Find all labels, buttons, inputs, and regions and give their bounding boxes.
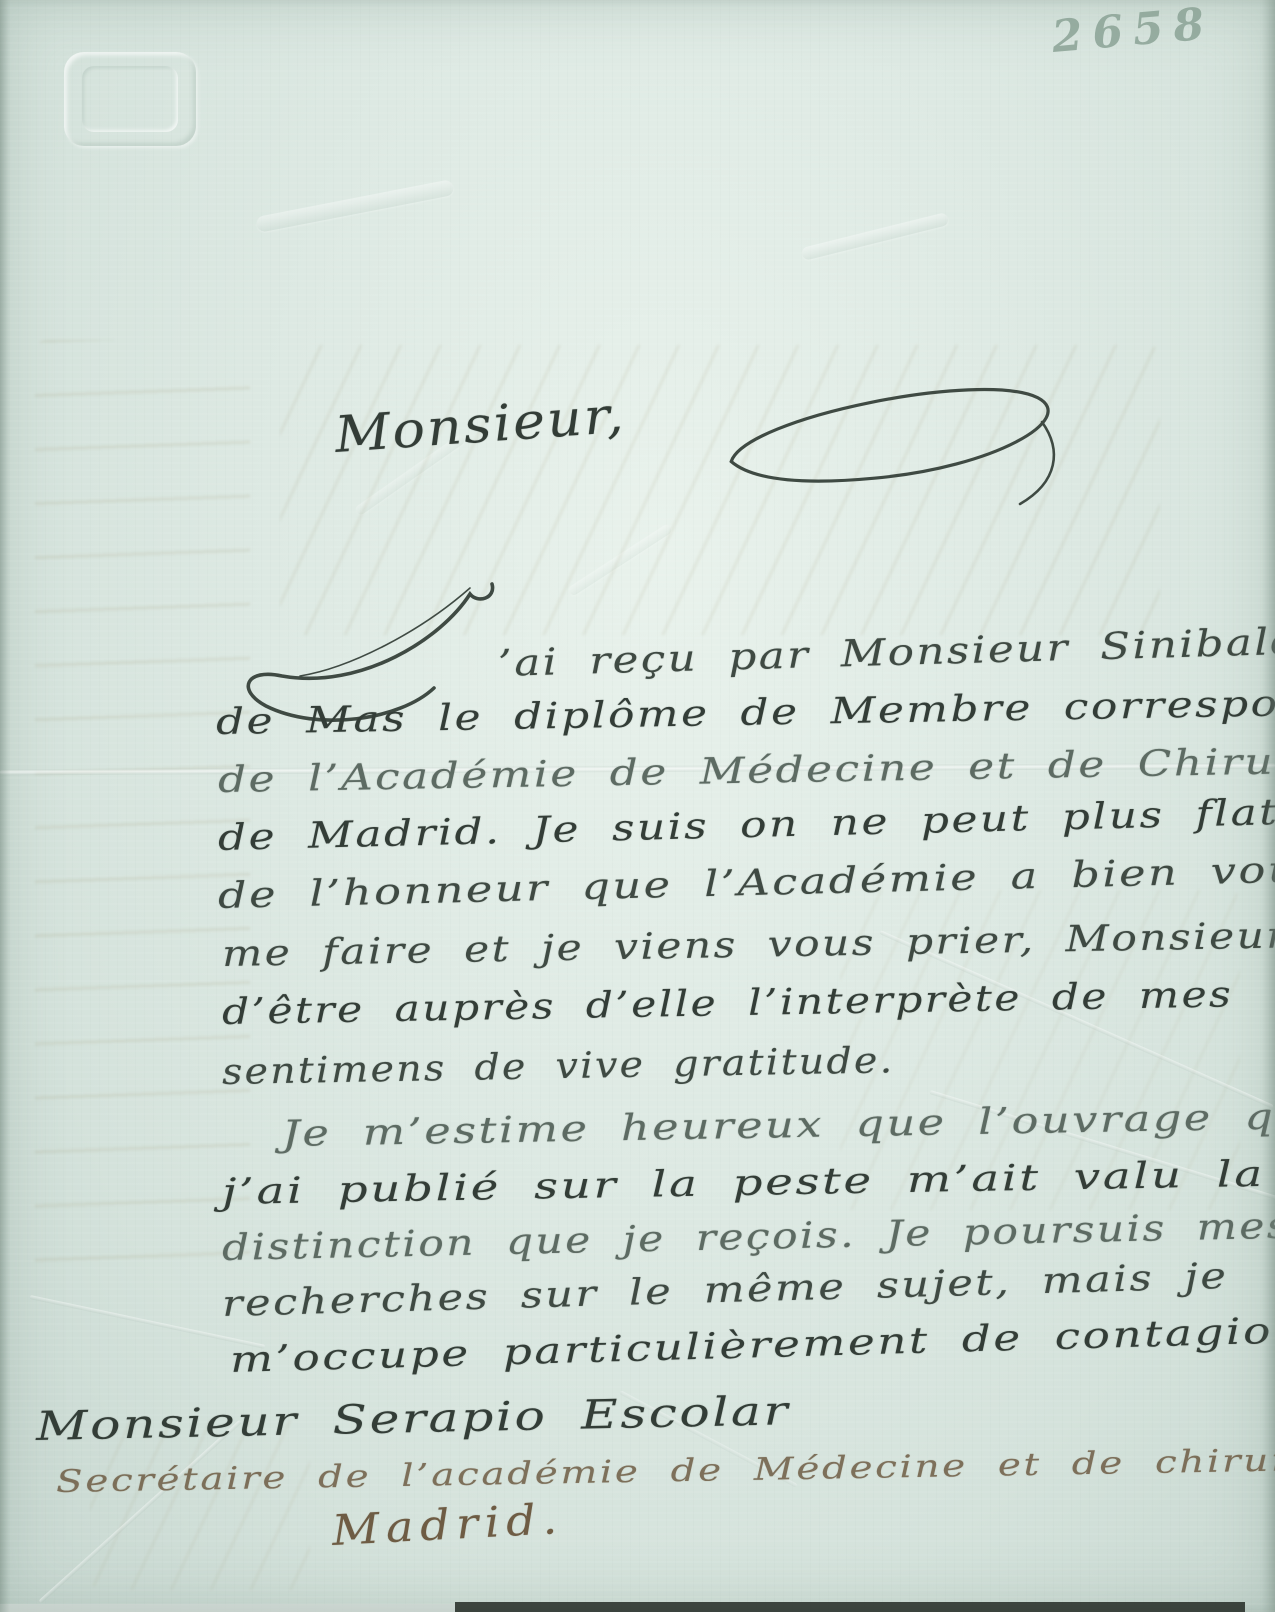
embossed-seal xyxy=(64,52,196,146)
handwritten-line: de l’honneur que l’Académie a bien voulu xyxy=(217,848,1275,917)
scan-edge-dark xyxy=(455,1602,1245,1612)
paper-emboss-streak xyxy=(567,523,673,597)
handwritten-line: de Madrid. Je suis on ne peut plus flatt… xyxy=(217,791,1275,859)
scan-edge-left xyxy=(0,0,10,1612)
paper-emboss-streak xyxy=(255,179,454,233)
salutation-flourish xyxy=(690,372,1090,522)
handwritten-line: ’ai reçu par Monsieur Sinibaldo xyxy=(497,619,1275,685)
address-line-city: Madrid. xyxy=(331,1494,565,1555)
scan-edge-light xyxy=(0,1604,455,1612)
address-line-recipient: Monsieur Serapio Escolar xyxy=(36,1388,791,1450)
bleedthrough-area xyxy=(280,345,1160,635)
handwritten-line: de Mas le diplôme de Membre correspondan… xyxy=(216,681,1275,743)
paper-emboss-streak xyxy=(801,212,950,261)
handwritten-line: me faire et je viens vous prier, Monsieu… xyxy=(222,915,1275,975)
handwritten-line: de l’Académie de Médecine et de Chirurgi… xyxy=(218,740,1275,801)
handwritten-line: sentimens de vive gratitude. xyxy=(222,1040,895,1093)
handwritten-line: j’ai publié sur la peste m’ait valu la xyxy=(222,1154,1265,1213)
address-line-title: Secrétaire de l’académie de Médecine et … xyxy=(56,1441,1275,1500)
salutation: Monsieur, xyxy=(333,386,627,464)
letter-scan-sheet: 2658 Monsieur, J ’ai reçu par Monsieur S… xyxy=(0,0,1275,1612)
handwritten-line: d’être auprès d’elle l’interprète de mes xyxy=(222,974,1234,1033)
handwritten-line: recherches sur le même sujet, mais je xyxy=(221,1256,1228,1325)
archive-number: 2658 xyxy=(1050,0,1216,63)
handwritten-line: Je m’estime heureux que l’ouvrage que xyxy=(282,1096,1275,1155)
